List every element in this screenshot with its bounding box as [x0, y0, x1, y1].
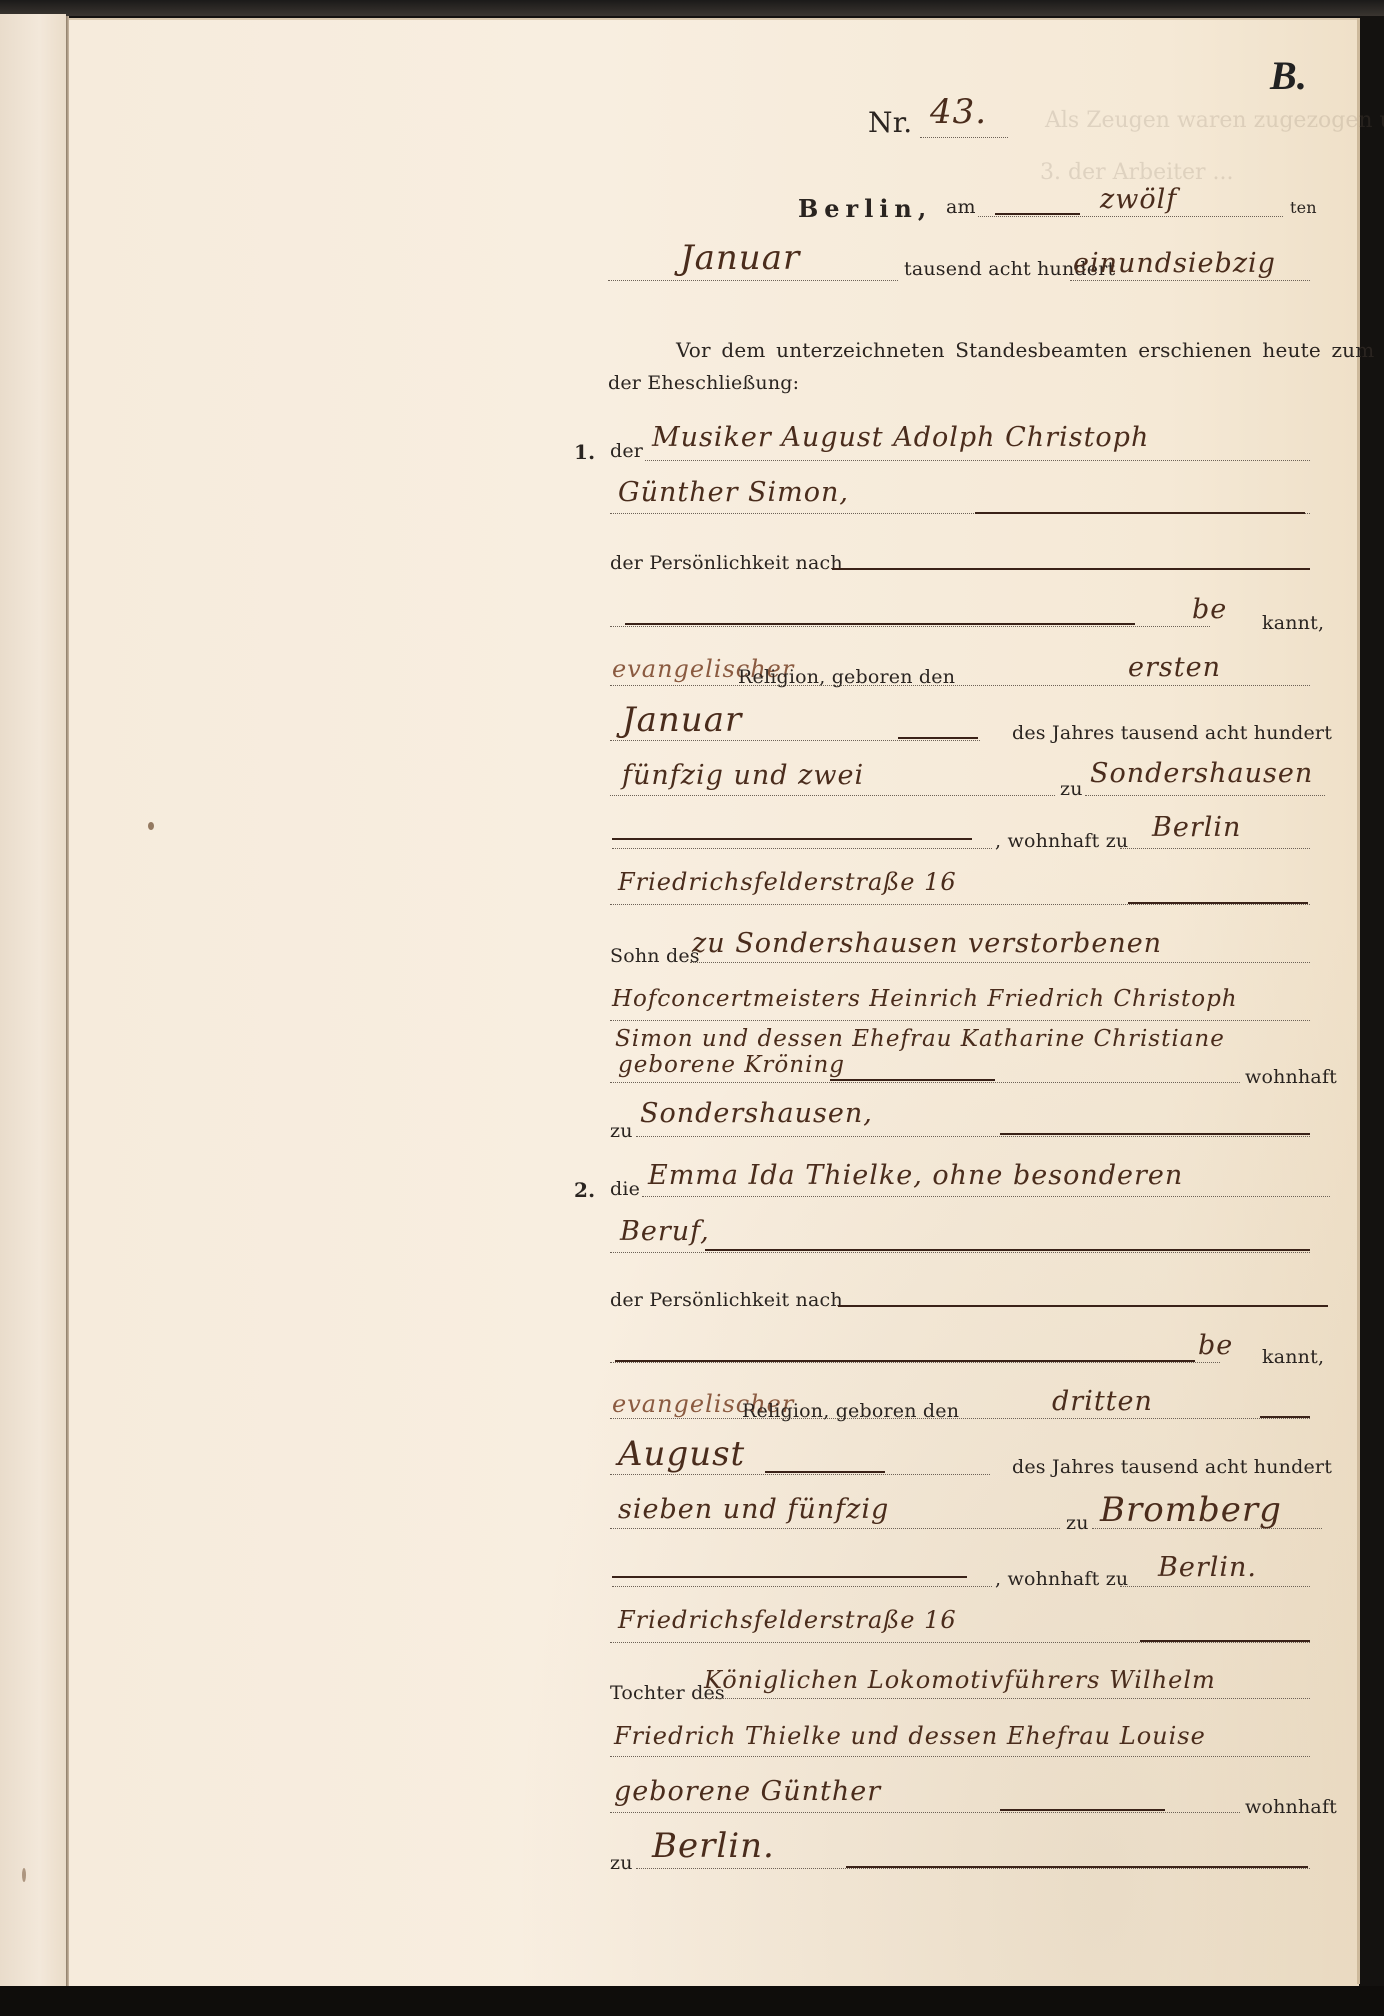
religion-label: Religion, geboren den [738, 666, 955, 688]
day-suffix: ten [1290, 198, 1317, 217]
birth-year-line [610, 1528, 1060, 1529]
month-line [608, 280, 898, 281]
known-label: kannt, [1262, 612, 1324, 634]
bride-birth-day: dritten [1052, 1386, 1153, 1417]
bride-birth-year: sieben und fünfzig [618, 1494, 889, 1525]
street-line [610, 904, 1310, 905]
month-handwritten: Januar [680, 238, 800, 278]
dash [765, 1471, 885, 1473]
residence-label: , wohnhaft zu [995, 1568, 1128, 1590]
record-number: 43. [930, 92, 987, 132]
dash [1140, 1640, 1310, 1642]
dash [625, 623, 1135, 625]
birth-month-line [610, 740, 980, 741]
residence-city-line [1120, 848, 1310, 849]
bride-parents: Friedrich Thielke und dessen Ehefrau Lou… [614, 1722, 1206, 1750]
bride-birth-month: August [618, 1434, 745, 1474]
parents-residence-label: wohnhaft [1245, 1796, 1337, 1818]
birth-month-line [610, 1474, 990, 1475]
ink-stain [22, 1868, 26, 1882]
groom-article: der [610, 440, 643, 462]
intro-text: Vor dem unterzeichneten Standesbeamten e… [676, 338, 1384, 362]
dash [612, 838, 972, 840]
dash [615, 1360, 1195, 1362]
groom-residence-street: Friedrichsfelderstraße 16 [618, 868, 957, 896]
dash [995, 213, 1080, 215]
number-label: Nr. [868, 106, 912, 139]
birth-place-line [1085, 795, 1325, 796]
groom-birth-day: ersten [1128, 652, 1221, 683]
bride-marker: 2. [574, 1178, 595, 1202]
intro-text: der Eheschließung: [608, 372, 799, 394]
bride-residence-street: Friedrichsfelderstraße 16 [618, 1606, 957, 1634]
dash [830, 1079, 995, 1081]
groom-parents: Simon und dessen Ehefrau Katharine Chris… [615, 1026, 1225, 1052]
bride-article: die [610, 1178, 640, 1200]
year-label: des Jahres tausend acht hundert [1012, 722, 1332, 744]
bride-name-line [610, 1252, 1310, 1253]
year-label: des Jahres tausend acht hundert [1012, 1456, 1332, 1478]
groom-parents: Hofconcertmeisters Heinrich Friedrich Ch… [612, 986, 1238, 1012]
birth-year-line [610, 795, 1055, 796]
dash [1000, 1809, 1165, 1811]
known-prefix: be [1192, 594, 1227, 625]
groom-birth-place: Sondershausen [1090, 758, 1313, 789]
bride-name: Emma Ida Thielke, ohne besonderen [648, 1160, 1183, 1191]
parents-line [610, 1082, 1240, 1083]
dash [898, 737, 978, 739]
parents-line [690, 962, 1310, 963]
groom-parents: geborene Kröning [618, 1052, 845, 1078]
dash [975, 512, 1305, 514]
religion-line [610, 685, 1310, 686]
groom-name: Günther Simon, [618, 477, 849, 508]
residence-line [612, 1586, 992, 1587]
known-label: kannt, [1262, 1346, 1324, 1368]
parents-line [610, 1756, 1310, 1757]
scan-top-border [0, 0, 1384, 16]
dash [838, 1305, 1328, 1307]
bride-name-line [642, 1196, 1330, 1197]
residence-city-line [1120, 1586, 1310, 1587]
groom-birth-year: fünfzig und zwei [622, 760, 864, 791]
parents-line [610, 1020, 1310, 1021]
dash [1128, 902, 1308, 904]
scan-bottom-border [0, 1986, 1384, 2016]
zu-label: zu [610, 1852, 633, 1874]
identity-label: der Persönlichkeit nach [610, 552, 843, 574]
year-line [1070, 280, 1310, 281]
street-line [610, 1642, 1310, 1643]
dash [846, 1866, 1308, 1868]
dash [612, 1576, 967, 1578]
groom-residence-city: Berlin [1152, 812, 1241, 843]
parents-line [610, 1812, 1240, 1813]
parents-residence-line [636, 1136, 1310, 1137]
number-line [920, 137, 1008, 138]
dash [1260, 1416, 1310, 1418]
dash [705, 1249, 1310, 1251]
am-label: am [946, 196, 976, 218]
identity-label: der Persönlichkeit nach [610, 1289, 843, 1311]
bride-residence-city: Berlin. [1158, 1552, 1257, 1583]
year-handwritten: einundsiebzig [1073, 248, 1276, 279]
residence-line [612, 848, 992, 849]
groom-name: Musiker August Adolph Christoph [652, 422, 1149, 453]
parents-residence-label: wohnhaft [1245, 1066, 1337, 1088]
day-line [978, 216, 1283, 217]
known-prefix: be [1198, 1330, 1233, 1361]
bride-parents-residence: Berlin. [652, 1826, 775, 1866]
zu-label: zu [1060, 778, 1083, 800]
left-page-edge [0, 14, 66, 2004]
ink-stain [148, 822, 154, 830]
groom-name-line [645, 460, 1310, 461]
groom-marker: 1. [574, 440, 595, 464]
zu-label: zu [610, 1120, 633, 1142]
identity-line [610, 1362, 1220, 1363]
zu-label: zu [1066, 1512, 1089, 1534]
parents-line [700, 1698, 1310, 1699]
groom-birth-month: Januar [622, 700, 742, 740]
religion-label: Religion, geboren den [742, 1400, 959, 1422]
bleed-through-text: 3. der Arbeiter ... [1040, 160, 1234, 185]
bride-name: Beruf, [620, 1216, 710, 1247]
bleed-through-text: Als Zeugen waren zugezogen und erschiene… [1045, 108, 1384, 133]
groom-parents-residence: Sondershausen, [640, 1098, 873, 1129]
identity-line [610, 626, 1210, 627]
parent-label: Sohn des [610, 945, 700, 967]
page-right-edge [1357, 18, 1360, 1984]
parents-residence-line [636, 1868, 1310, 1869]
dash [832, 568, 1310, 570]
religion-line [610, 1418, 1310, 1419]
bride-parents: geborene Günther [614, 1776, 881, 1807]
form-letter: B. [1270, 52, 1307, 99]
groom-parents: zu Sondershausen verstorbenen [692, 928, 1162, 959]
dash [1000, 1133, 1310, 1135]
day-handwritten: zwölf [1100, 184, 1177, 215]
city-label: Berlin, [798, 194, 932, 223]
residence-label: , wohnhaft zu [995, 830, 1128, 852]
bride-birth-place: Bromberg [1100, 1490, 1282, 1530]
bride-parents: Königlichen Lokomotivführers Wilhelm [704, 1666, 1216, 1694]
